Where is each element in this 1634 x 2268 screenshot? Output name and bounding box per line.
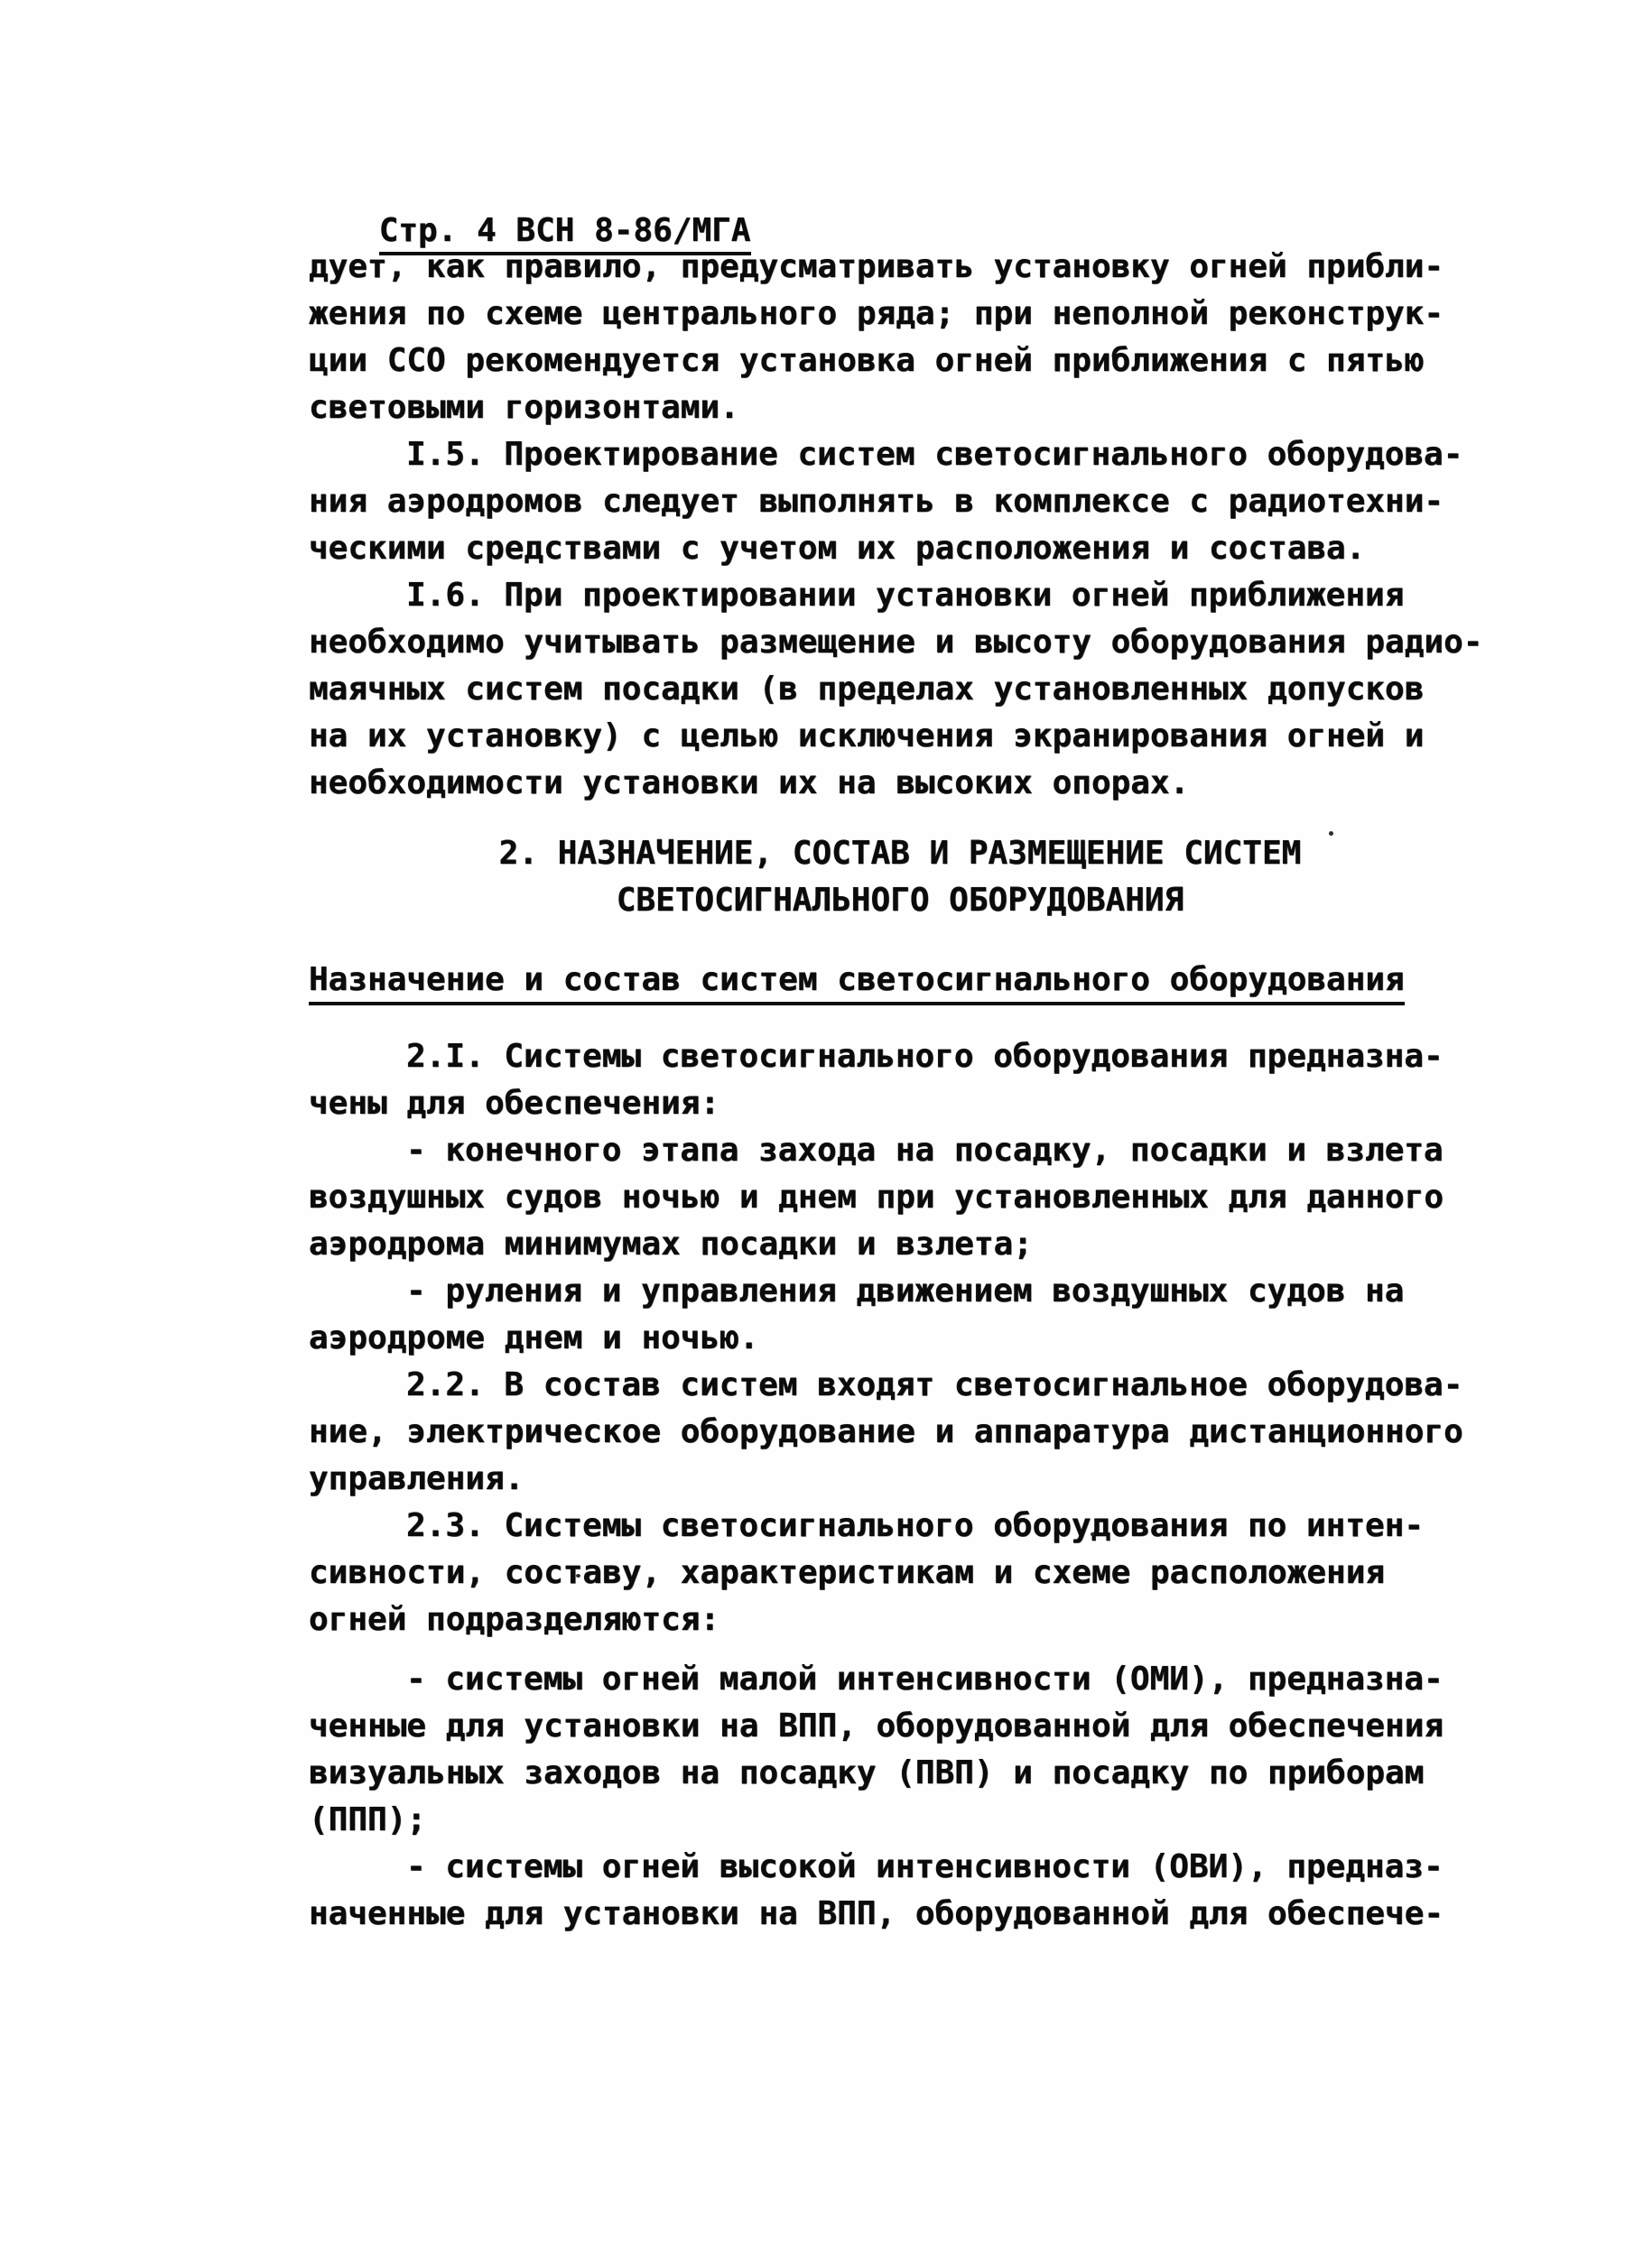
paragraph-p-cont: дует, как правило, предусматривать устан… (309, 244, 1491, 431)
paragraph-p-2-1: 2.I. Системы светосигнального оборудован… (309, 1033, 1491, 1127)
text-line: I.6. При проектировании установки огней … (309, 572, 1491, 619)
text-line: воздушных судов ночью и днем при установ… (309, 1174, 1491, 1221)
text-line: СВЕТОСИГНАЛЬНОГО ОБОРУДОВАНИЯ (309, 877, 1491, 924)
text-line: визуальных заходов на посадку (ПВП) и по… (309, 1750, 1491, 1797)
text-line: 2.I. Системы светосигнального оборудован… (309, 1033, 1491, 1080)
document-page: Стр. 4 ВСН 8-86/МГА дует, как правило, п… (0, 0, 1634, 2268)
paragraph-heading-2: 2. НАЗНАЧЕНИЕ, СОСТАВ И РАЗМЕЩЕНИЕ СИСТЕ… (309, 830, 1491, 924)
paragraph-p-1-6: I.6. При проектировании установки огней … (309, 572, 1491, 807)
text-line: ченные для установки на ВПП, оборудованн… (309, 1703, 1491, 1750)
text-line: жения по схеме центрального ряда; при не… (309, 291, 1491, 338)
paragraph-li-final-approach: - конечного этапа захода на посадку, пос… (309, 1127, 1491, 1268)
text-line: Назначение и состав систем светосигнальн… (309, 957, 1491, 1004)
scan-speckle (1329, 831, 1333, 836)
document-body: дует, как правило, предусматривать устан… (309, 244, 1491, 1938)
paragraph-p-1-5: I.5. Проектирование систем светосигнальн… (309, 431, 1491, 572)
text-line: - системы огней высокой интенсивности (О… (309, 1844, 1491, 1891)
text-line: аэродроме днем и ночью. (309, 1315, 1491, 1362)
paragraph-li-ovi: - системы огней высокой интенсивности (О… (309, 1844, 1491, 1938)
text-line: 2.2. В состав систем входят светосигналь… (309, 1362, 1491, 1409)
text-line: 2.3. Системы светосигнального оборудован… (309, 1503, 1491, 1550)
text-line: необходимо учитывать размещение и высоту… (309, 619, 1491, 666)
scan-speckle (576, 1574, 580, 1578)
paragraph-p-2-3: 2.3. Системы светосигнального оборудован… (309, 1503, 1491, 1643)
text-line: ние, электрическое оборудование и аппара… (309, 1409, 1491, 1456)
text-line: I.5. Проектирование систем светосигнальн… (309, 431, 1491, 478)
text-line: дует, как правило, предусматривать устан… (309, 244, 1491, 291)
text-line: огней подразделяются: (309, 1597, 1491, 1643)
text-line: управления. (309, 1456, 1491, 1503)
text-line: 2. НАЗНАЧЕНИЕ, СОСТАВ И РАЗМЕЩЕНИЕ СИСТЕ… (309, 830, 1491, 877)
text-line: наченные для установки на ВПП, оборудова… (309, 1891, 1491, 1938)
text-line: (ППП); (309, 1797, 1491, 1844)
text-line: необходимости установки их на высоких оп… (309, 760, 1491, 807)
text-line: - руления и управления движением воздушн… (309, 1268, 1491, 1315)
text-line: маячных систем посадки (в пределах устан… (309, 666, 1491, 713)
paragraph-p-2-2: 2.2. В состав систем входят светосигналь… (309, 1362, 1491, 1503)
underlined-subheading-text: Назначение и состав систем светосигнальн… (309, 961, 1405, 1005)
text-line: ния аэродромов следует выполнять в компл… (309, 478, 1491, 525)
paragraph-subheading: Назначение и состав систем светосигнальн… (309, 957, 1491, 1004)
text-line: ции ССО рекомендуется установка огней пр… (309, 338, 1491, 384)
text-line: - конечного этапа захода на посадку, пос… (309, 1127, 1491, 1174)
paragraph-li-omi: - системы огней малой интенсивности (ОМИ… (309, 1656, 1491, 1844)
scan-speckle (1091, 1532, 1094, 1536)
text-line: ческими средствами с учетом их расположе… (309, 525, 1491, 572)
text-line: на их установку) с целью исключения экра… (309, 713, 1491, 760)
text-line: сивности, составу, характеристикам и схе… (309, 1550, 1491, 1597)
text-line: световыми горизонтами. (309, 384, 1491, 431)
paragraph-li-taxiing: - руления и управления движением воздушн… (309, 1268, 1491, 1362)
text-line: аэродрома минимумах посадки и взлета; (309, 1221, 1491, 1268)
text-line: - системы огней малой интенсивности (ОМИ… (309, 1656, 1491, 1703)
text-line: чены для обеспечения: (309, 1080, 1491, 1127)
